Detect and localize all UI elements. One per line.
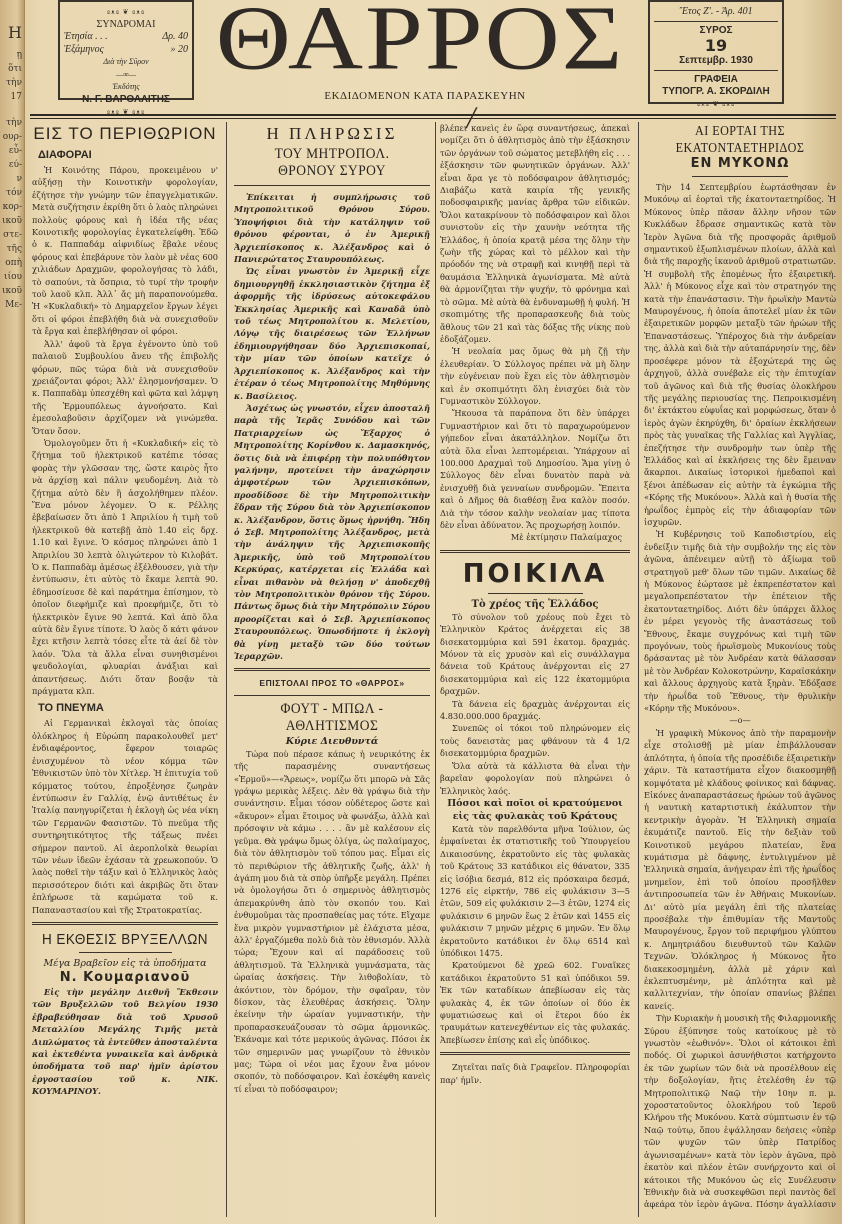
subscriptions-heading: ΣΥΝΔΡΟΜΑΙ <box>64 19 188 32</box>
article-paragraph: Τὸ σύνολον τοῦ χρέους ποὺ ἔχει τὸ Ἑλληνι… <box>440 611 630 698</box>
spine-text-fragment: ικοῦ <box>0 284 24 298</box>
subscription-separator: —∞— <box>64 69 188 82</box>
spine-text-fragment: οπὴ <box>0 256 24 270</box>
brussels-subtitle: Μέγα Βραβεῖον εἰς τὰ ὑποδήματα <box>32 957 218 970</box>
divider <box>79 952 172 953</box>
article-paragraph: Ἡ Κοινότης Πάρου, προκειμένου ν' αὐξήσῃ … <box>32 164 218 338</box>
column-3: βλέπει κανεὶς ἐν ὥρᾳ συναντήσεως, ἀπεκαὶ… <box>440 122 630 1212</box>
article-paragraph: Ἡ Κυβέρνησις τοῦ Καποδιστρίου, εἰς ἐνδεί… <box>644 528 836 714</box>
column-4: ΑΙ ΕΟΡΤΑΙ ΤΗΣ ΕΚΑΤΟΝΤΑΕΤΗΡΙΔΟΣ ΕΝ ΜΥΚΟΝΩ… <box>644 122 836 1212</box>
section-divider <box>440 1052 630 1055</box>
article-paragraph: Αἱ Γερμανικαὶ ἐκλογαὶ τὰς ὁποίας ὁλόκληρ… <box>32 717 218 916</box>
spine-text-fragment: ῃ ὅτι <box>0 48 24 76</box>
issue-month-year: Σεπτεμβρ. 1930 <box>654 55 778 67</box>
yearly-row: Ἐτησία . . . Δρ. 40 <box>64 31 188 44</box>
column-2: Η ΠΛΗΡΩΣΙΣ ΤΟΥ ΜΗΤΡΟΠΟΛ. ΘΡΟΝΟΥ ΣΥΡΟΥ Ἐπ… <box>234 122 430 1212</box>
letters-tag: ΕΠΙΣΤΟΛΑΙ ΠΡΟΣ ΤΟ «ΘΑΡΡΟΣ» <box>234 677 430 689</box>
spine-text-fragment: ν <box>0 172 24 186</box>
yearly-price: Δρ. 40 <box>162 31 188 44</box>
section-title-miscellany: ΠΟΙΚΙΛΑ <box>440 559 630 589</box>
spine-text-fragment: ουρ- <box>0 130 24 144</box>
subheading-greek-debt: Τὸ χρέος τῆς Ἑλλάδος <box>440 598 630 611</box>
subheading-prisoners-2: εἰς τὰς φυλακὰς τοῦ Κράτους <box>440 810 630 823</box>
article-paragraph: Τὴν 14 Σεπτεμβρίου ἑωρτάσθησαν ἐν Μυκόνῳ… <box>644 181 836 528</box>
publisher-name: Ν. Γ. ΒΑΡΘΑΛΙΤΗΣ <box>64 94 188 107</box>
publisher-label: Ἐκδότης <box>64 81 188 94</box>
section-title-periphery: ΕΙΣ ΤΟ ΠΕΡΙΘΩΡΙΟΝ <box>32 124 218 144</box>
article-paragraph: Ἀλλ' ἀφοῦ τὰ ἔργα ἐγένοντο ὑπὸ τοῦ παλαι… <box>32 338 218 437</box>
ornament-bottom: ɞᴥɞ ❦ ɞᴥɞ <box>654 98 778 110</box>
issue-day: 19 <box>654 37 778 55</box>
spine-text-fragment: κορ- <box>0 200 24 214</box>
headline-football: ΦΟΥΤ - ΜΠΩΛ - ΑΘΛΗΤΙΣΜΟΣ <box>244 701 420 735</box>
article-paragraph: Ἤκουσα τὰ παράπονα ὅτι δὲν ὑπάρχει Γυμνα… <box>440 407 630 531</box>
ornament-top: ɞᴥɞ ❦ ɞᴥɞ <box>64 6 188 19</box>
section-divider <box>32 922 218 925</box>
subheading-various: ΔΙΑΦΟΡΑΙ <box>38 148 218 162</box>
section-title-brussels: Η ΕΚΘΕΣΙΣ ΒΡΥΞΕΛΛΩΝ <box>41 931 208 948</box>
subheading-prisoners-1: Πόσοι καὶ ποῖοι οἱ κρατούμενοι <box>440 797 630 810</box>
halfyear-row: Ἑξάμηνος » 20 <box>64 44 188 57</box>
article-paragraph: Ἡ γραφικὴ Μύκονος ἀπὸ τὴν παραμονὴν εἶχε… <box>644 727 836 1012</box>
masthead: ɞᴥɞ ❦ ɞᴥɞ ΣΥΝΔΡΟΜΑΙ Ἐτησία . . . Δρ. 40 … <box>30 0 842 118</box>
article-paragraph: Τὴν Κυριακὴν ἡ μουσικὴ τῆς Φιλαρμονικῆς … <box>644 1012 836 1212</box>
divider <box>692 176 788 177</box>
issue-number: Ἔτος Ζ'. - Ἀρ. 401 <box>654 6 778 18</box>
article-paragraph: Κατὰ τὸν παρελθόντα μῆνα Ἰούλιον, ὡς ἐμφ… <box>440 823 630 959</box>
spine-text-fragment: τὴν <box>0 116 24 130</box>
article-paragraph: Ἡ νεολαία μας ὅμως θὰ μὴ ζῇ τὴν ἐλευθερί… <box>440 345 630 407</box>
article-paragraph: Ἐπίκειται ἡ συμπλήρωσις τοῦ Μητροπολιτικ… <box>234 191 430 265</box>
divider <box>234 185 430 186</box>
article-paragraph: Εἰς τὴν μεγάλην Διεθνῆ Ἔκθεσιν τῶν Βρυξε… <box>32 986 218 1098</box>
article-paragraph: βλέπει κανεὶς ἐν ὥρᾳ συναντήσεως, ἀπεκαὶ… <box>440 122 630 345</box>
spine-text-fragment: Η <box>0 18 24 48</box>
article-paragraph: Ὁμολογοῦμεν ὅτι ἡ «Κυκλαδική» εἰς τὸ ζήτ… <box>32 437 218 698</box>
article-paragraph: Τώρα ποὺ πέρασε κάπως ἡ νευρικότης ἐκ τῆ… <box>234 748 430 1095</box>
offices-address: ΤΥΠΟΓΡ. Α. ΣΚΟΡΔΙΛΗ <box>654 86 778 98</box>
headline-see-line2: ΤΟΥ ΜΗΤΡΟΠΟΛ. ΘΡΟΝΟΥ ΣΥΡΟΥ <box>244 146 420 180</box>
separator: —o— <box>644 714 836 726</box>
divider <box>654 21 778 22</box>
halfyear-price: » 20 <box>171 44 189 57</box>
headline-see-line1: Η ΠΛΗΡΩΣΙΣ <box>234 124 430 144</box>
article-paragraph: Συνεπῶς οἱ τόκοι τοῦ πληρώνομεν εἰς τοὺς… <box>440 722 630 759</box>
masthead-rule <box>30 114 836 119</box>
column-rule <box>638 122 639 1217</box>
letter-signature: Μὲ ἐκτίμησιν Παλαίμαχος <box>440 531 630 543</box>
spine-text-fragment: ιίου <box>0 270 24 284</box>
subscription-note: Διὰ τὴν Σῦρον <box>64 56 188 69</box>
divider <box>488 593 583 594</box>
subscriptions-box: ɞᴥɞ ❦ ɞᴥɞ ΣΥΝΔΡΟΜΑΙ Ἐτησία . . . Δρ. 40 … <box>58 0 194 100</box>
halfyear-label: Ἑξάμηνος <box>64 44 104 57</box>
spine-text-fragment: 17 <box>0 90 24 104</box>
divider <box>234 695 430 696</box>
headline-mykonos-line1: ΑΙ ΕΟΡΤΑΙ ΤΗΣ ΕΚΑΤΟΝΤΑΕΤΗΡΙΔΟΣ <box>654 122 827 156</box>
salutation: Κύριε Διευθυντά <box>234 735 430 748</box>
previous-page-edge: Ηῃ ὅτιτὴν17τὴνουρ-εὖ-εύ-ντόνκορ-ικοῦστε-… <box>0 0 25 1224</box>
issue-box: Ἔτος Ζ'. - Ἀρ. 401 ΣΥΡΟΣ 19 Σεπτεμβρ. 19… <box>648 0 784 104</box>
article-paragraph: Ὡς εἶναι γνωστὸν ἐν Ἀμερικῇ εἶχε δημιουρ… <box>234 265 430 401</box>
article-paragraph: Τὰ δάνεια εἰς δραχμὰς ἀνέρχονται εἰς 4.8… <box>440 698 630 723</box>
spine-text-fragment: ικοῦ <box>0 214 24 228</box>
brussels-name: Ν. Κουμαριανοῦ <box>32 970 218 986</box>
spine-text-fragment: εὖ- <box>0 144 24 158</box>
spine-text-fragment: στε- <box>0 228 24 242</box>
newspaper-title: ΘΑΡΡΟΣ <box>200 0 640 87</box>
column-1: ΕΙΣ ΤΟ ΠΕΡΙΘΩΡΙΟΝ ΔΙΑΦΟΡΑΙ Ἡ Κοινότης Πά… <box>32 122 218 1212</box>
spine-text-fragment: τὴν <box>0 76 24 90</box>
section-divider <box>440 550 630 553</box>
article-paragraph: Κρατούμενοι δὲ χρεῶ 602. Γυναῖκες κατάδι… <box>440 959 630 1046</box>
offices-label: ΓΡΑΦΕΙΑ <box>654 74 778 86</box>
spine-text-fragment: Με- <box>0 298 24 312</box>
spine-text-fragment: εύ- <box>0 158 24 172</box>
subheading-spirit: ΤΟ ΠΝΕΥΜΑ <box>38 701 218 715</box>
section-divider <box>234 668 430 671</box>
spine-text-fragment: τόν <box>0 186 24 200</box>
headline-mykonos-line2: ΕΝ ΜΥΚΟΝΩ <box>644 156 836 172</box>
article-paragraph: Ἀσχέτως ὡς γνωστόν, εἶχεν ἀποσταλῆ παρὰ … <box>234 402 430 663</box>
newspaper-subtitle: ΕΚΔΙΔΟΜΕΝΟΝ ΚΑΤΑ ΠΑΡΑΣΚΕΥΗΝ <box>290 90 560 102</box>
spine-text-fragment: τῆς <box>0 242 24 256</box>
column-rule <box>226 122 227 1217</box>
yearly-label: Ἐτησία . . . <box>64 31 108 44</box>
column-rule <box>435 122 436 1217</box>
newspaper-page: Ηῃ ὅτιτὴν17τὴνουρ-εὖ-εύ-ντόνκορ-ικοῦστε-… <box>0 0 842 1224</box>
divider <box>654 70 778 71</box>
article-paragraph: Ὅλα αὐτὰ τὰ κάλλιστα θὰ εἶναι τὴν βαρεῖα… <box>440 760 630 797</box>
classified-notice: Ζητεῖται παῖς διὰ Γραφεῖον. Πληροφορίαι … <box>440 1061 630 1086</box>
